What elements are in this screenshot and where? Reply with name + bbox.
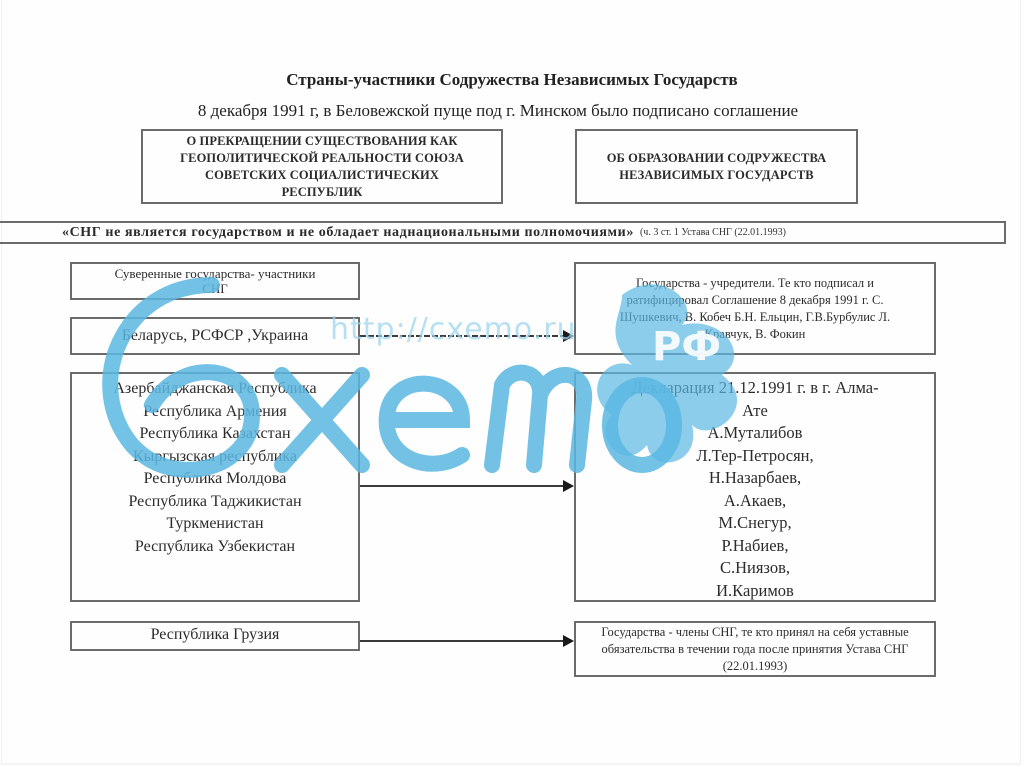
founder-states-box: Беларусь, РСФСР ,Украина bbox=[70, 317, 360, 355]
declaration-box: Декларация 21.12.1991 г. в г. Алма- Ате … bbox=[574, 372, 936, 602]
list-item-signer: Н.Назарбаев, bbox=[631, 467, 878, 490]
diagram-subtitle: 8 декабря 1991 г, в Беловежской пуще под… bbox=[128, 101, 868, 121]
founders-note-box: Государства - учредители. Те кто подписа… bbox=[574, 262, 936, 355]
agreement-box-ussr-termination: О ПРЕКРАЩЕНИИ СУЩЕСТВОВАНИЯ КАК ГЕОПОЛИТ… bbox=[141, 129, 503, 204]
list-item-signer: И.Каримов bbox=[631, 580, 878, 603]
list-item-state: Республика Армения bbox=[113, 401, 316, 424]
later-member-box: Республика Грузия bbox=[70, 621, 360, 651]
declaration-states-box: Азербайджанская РеспубликаРеспублика Арм… bbox=[70, 372, 360, 602]
declaration-content: Декларация 21.12.1991 г. в г. Алма- Ате … bbox=[631, 377, 878, 602]
members-note: Государства - члены СНГ, те кто принял н… bbox=[594, 624, 916, 675]
founder-states: Беларусь, РСФСР ,Украина bbox=[122, 327, 309, 345]
banner-reference: (ч. 3 ст. 1 Устава СНГ (22.01.1993) bbox=[640, 227, 786, 238]
sovereign-states-header: Суверенные государства- участники СНГ bbox=[115, 266, 316, 296]
agreement-text: ОБ ОБРАЗОВАНИИ СОДРУЖЕСТВА НЕЗАВИСИМЫХ Г… bbox=[607, 150, 827, 184]
list-item-state: Республика Казахстан bbox=[113, 423, 316, 446]
agreement-text: О ПРЕКРАЩЕНИИ СУЩЕСТВОВАНИЯ КАК ГЕОПОЛИТ… bbox=[180, 133, 464, 201]
list-item-signer: С.Ниязов, bbox=[631, 557, 878, 580]
diagram-title: Страны-участники Содружества Независимых… bbox=[0, 70, 1024, 90]
declaration-signers-list: А.МуталибовЛ.Тер-Петросян,Н.Назарбаев,А.… bbox=[631, 422, 878, 602]
list-item-state: Республика Молдова bbox=[113, 468, 316, 491]
arrow-founders bbox=[360, 335, 572, 337]
list-item-state: Туркменистан bbox=[113, 513, 316, 536]
arrow-declaration bbox=[360, 485, 572, 487]
list-item-state: Азербайджанская Республика bbox=[113, 378, 316, 401]
later-member: Республика Грузия bbox=[151, 626, 280, 644]
banner-quote: «СНГ не является государством и не облад… bbox=[62, 225, 634, 241]
sovereign-states-header-box: Суверенные государства- участники СНГ bbox=[70, 262, 360, 300]
agreement-box-cis-formation: ОБ ОБРАЗОВАНИИ СОДРУЖЕСТВА НЕЗАВИСИМЫХ Г… bbox=[575, 129, 858, 204]
list-item-signer: М.Снегур, bbox=[631, 512, 878, 535]
list-item-signer: А.Муталибов bbox=[631, 422, 878, 445]
arrow-later-member bbox=[360, 640, 572, 642]
quote-banner: «СНГ не является государством и не облад… bbox=[0, 221, 1006, 244]
list-item-state: Кыргызская республика bbox=[113, 446, 316, 469]
list-item-signer: А.Акаев, bbox=[631, 490, 878, 513]
founders-note: Государства - учредители. Те кто подписа… bbox=[596, 275, 914, 343]
list-item-signer: Л.Тер-Петросян, bbox=[631, 445, 878, 468]
members-note-box: Государства - члены СНГ, те кто принял н… bbox=[574, 621, 936, 677]
list-item-state: Республика Таджикистан bbox=[113, 491, 316, 514]
declaration-states-list: Азербайджанская РеспубликаРеспублика Арм… bbox=[113, 378, 316, 558]
list-item-state: Республика Узбекистан bbox=[113, 536, 316, 559]
list-item-signer: Р.Набиев, bbox=[631, 535, 878, 558]
declaration-title: Декларация 21.12.1991 г. в г. Алма- Ате bbox=[631, 377, 878, 422]
